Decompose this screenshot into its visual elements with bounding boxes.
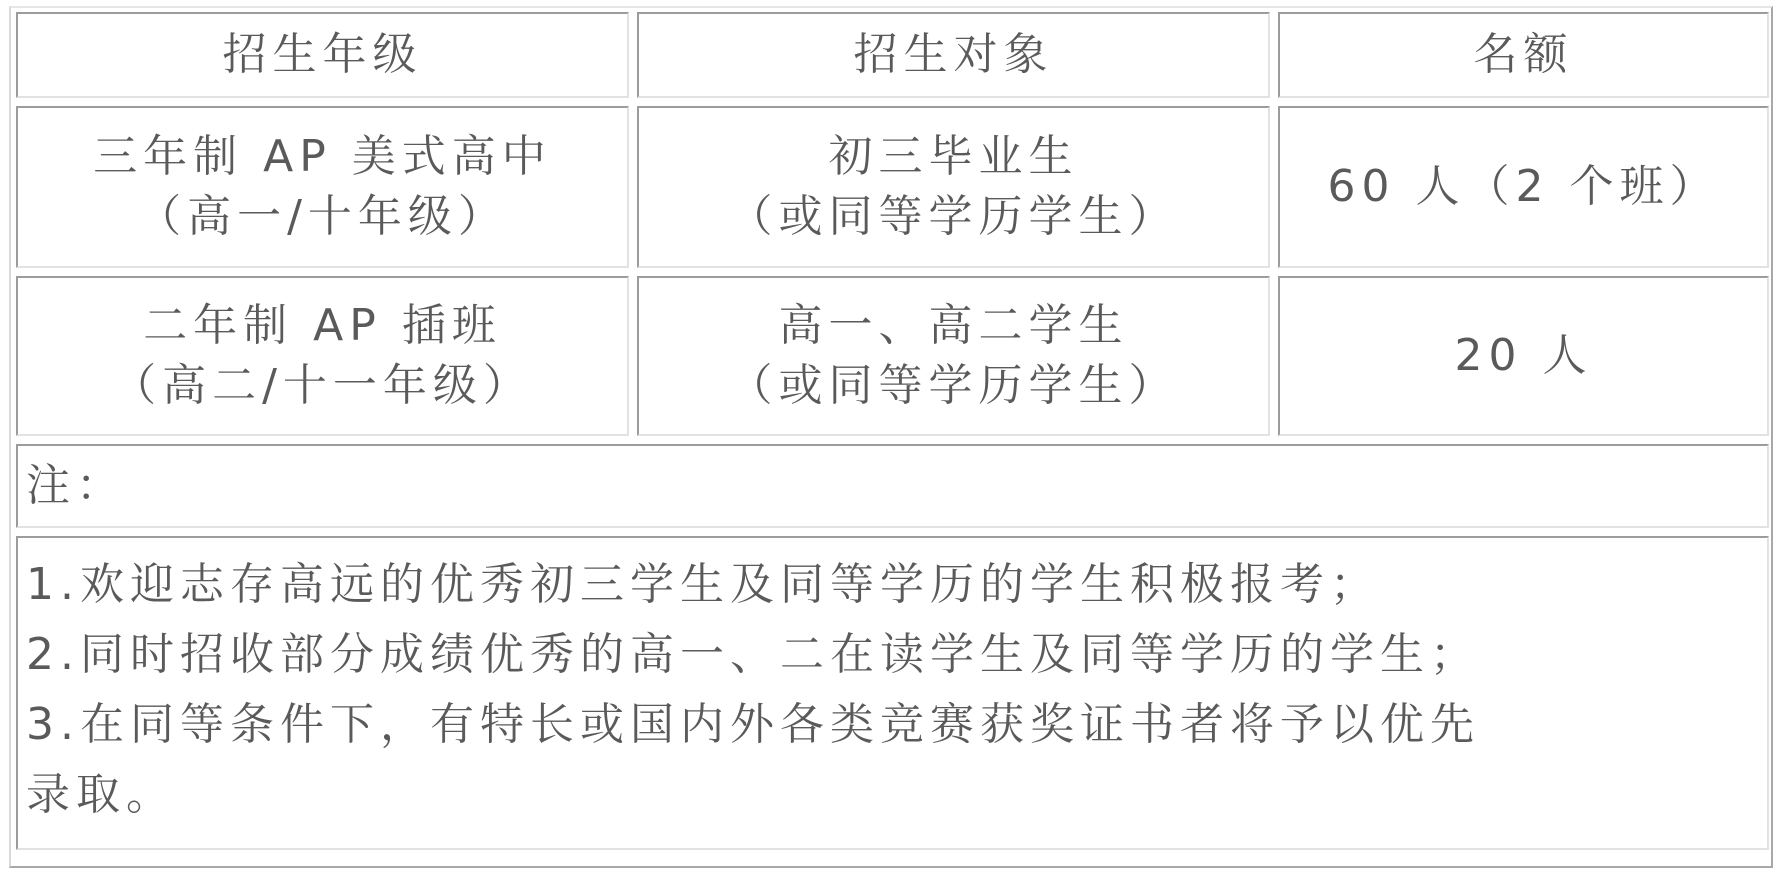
target-line: 高一、高二学生 [639,296,1268,356]
grade-line: （高一/十年级） [18,187,627,247]
table-row: 二年制 AP 插班 （高二/十一年级） 高一、高二学生 （或同等学历学生） 20… [16,276,1769,436]
header-grade: 招生年级 [16,12,629,98]
target-line: （或同等学历学生） [639,187,1268,247]
note-item: 1.欢迎志存高远的优秀初三学生及同等学历的学生积极报考； [26,550,1759,620]
grade-line: （高二/十一年级） [18,356,627,416]
header-target: 招生对象 [637,12,1270,98]
note-item: 录取。 [26,760,1759,830]
header-quota: 名额 [1278,12,1769,98]
admissions-table: 招生年级 招生对象 名额 三年制 AP 美式高中 （高一/十年级） 初三毕业生 … [8,4,1777,858]
note-header-row: 注： [16,444,1769,528]
note-body-row: 1.欢迎志存高远的优秀初三学生及同等学历的学生积极报考； 2.同时招收部分成绩优… [16,536,1769,850]
note-label: 注： [16,444,1769,528]
note-body: 1.欢迎志存高远的优秀初三学生及同等学历的学生积极报考； 2.同时招收部分成绩优… [16,536,1769,850]
cell-grade: 二年制 AP 插班 （高二/十一年级） [16,276,629,436]
note-item: 2.同时招收部分成绩优秀的高一、二在读学生及同等学历的学生； [26,620,1759,690]
target-line: 初三毕业生 [639,127,1268,187]
grade-line: 三年制 AP 美式高中 [18,127,627,187]
target-line: （或同等学历学生） [639,356,1268,416]
cell-quota: 20 人 [1278,276,1769,436]
note-item: 3.在同等条件下，有特长或国内外各类竞赛获奖证书者将予以优先 [26,690,1759,760]
cell-grade: 三年制 AP 美式高中 （高一/十年级） [16,106,629,268]
table-header-row: 招生年级 招生对象 名额 [16,12,1769,98]
grade-line: 二年制 AP 插班 [18,296,627,356]
cell-target: 高一、高二学生 （或同等学历学生） [637,276,1270,436]
cell-target: 初三毕业生 （或同等学历学生） [637,106,1270,268]
cell-quota: 60 人（2 个班） [1278,106,1769,268]
table-row: 三年制 AP 美式高中 （高一/十年级） 初三毕业生 （或同等学历学生） 60 … [16,106,1769,268]
